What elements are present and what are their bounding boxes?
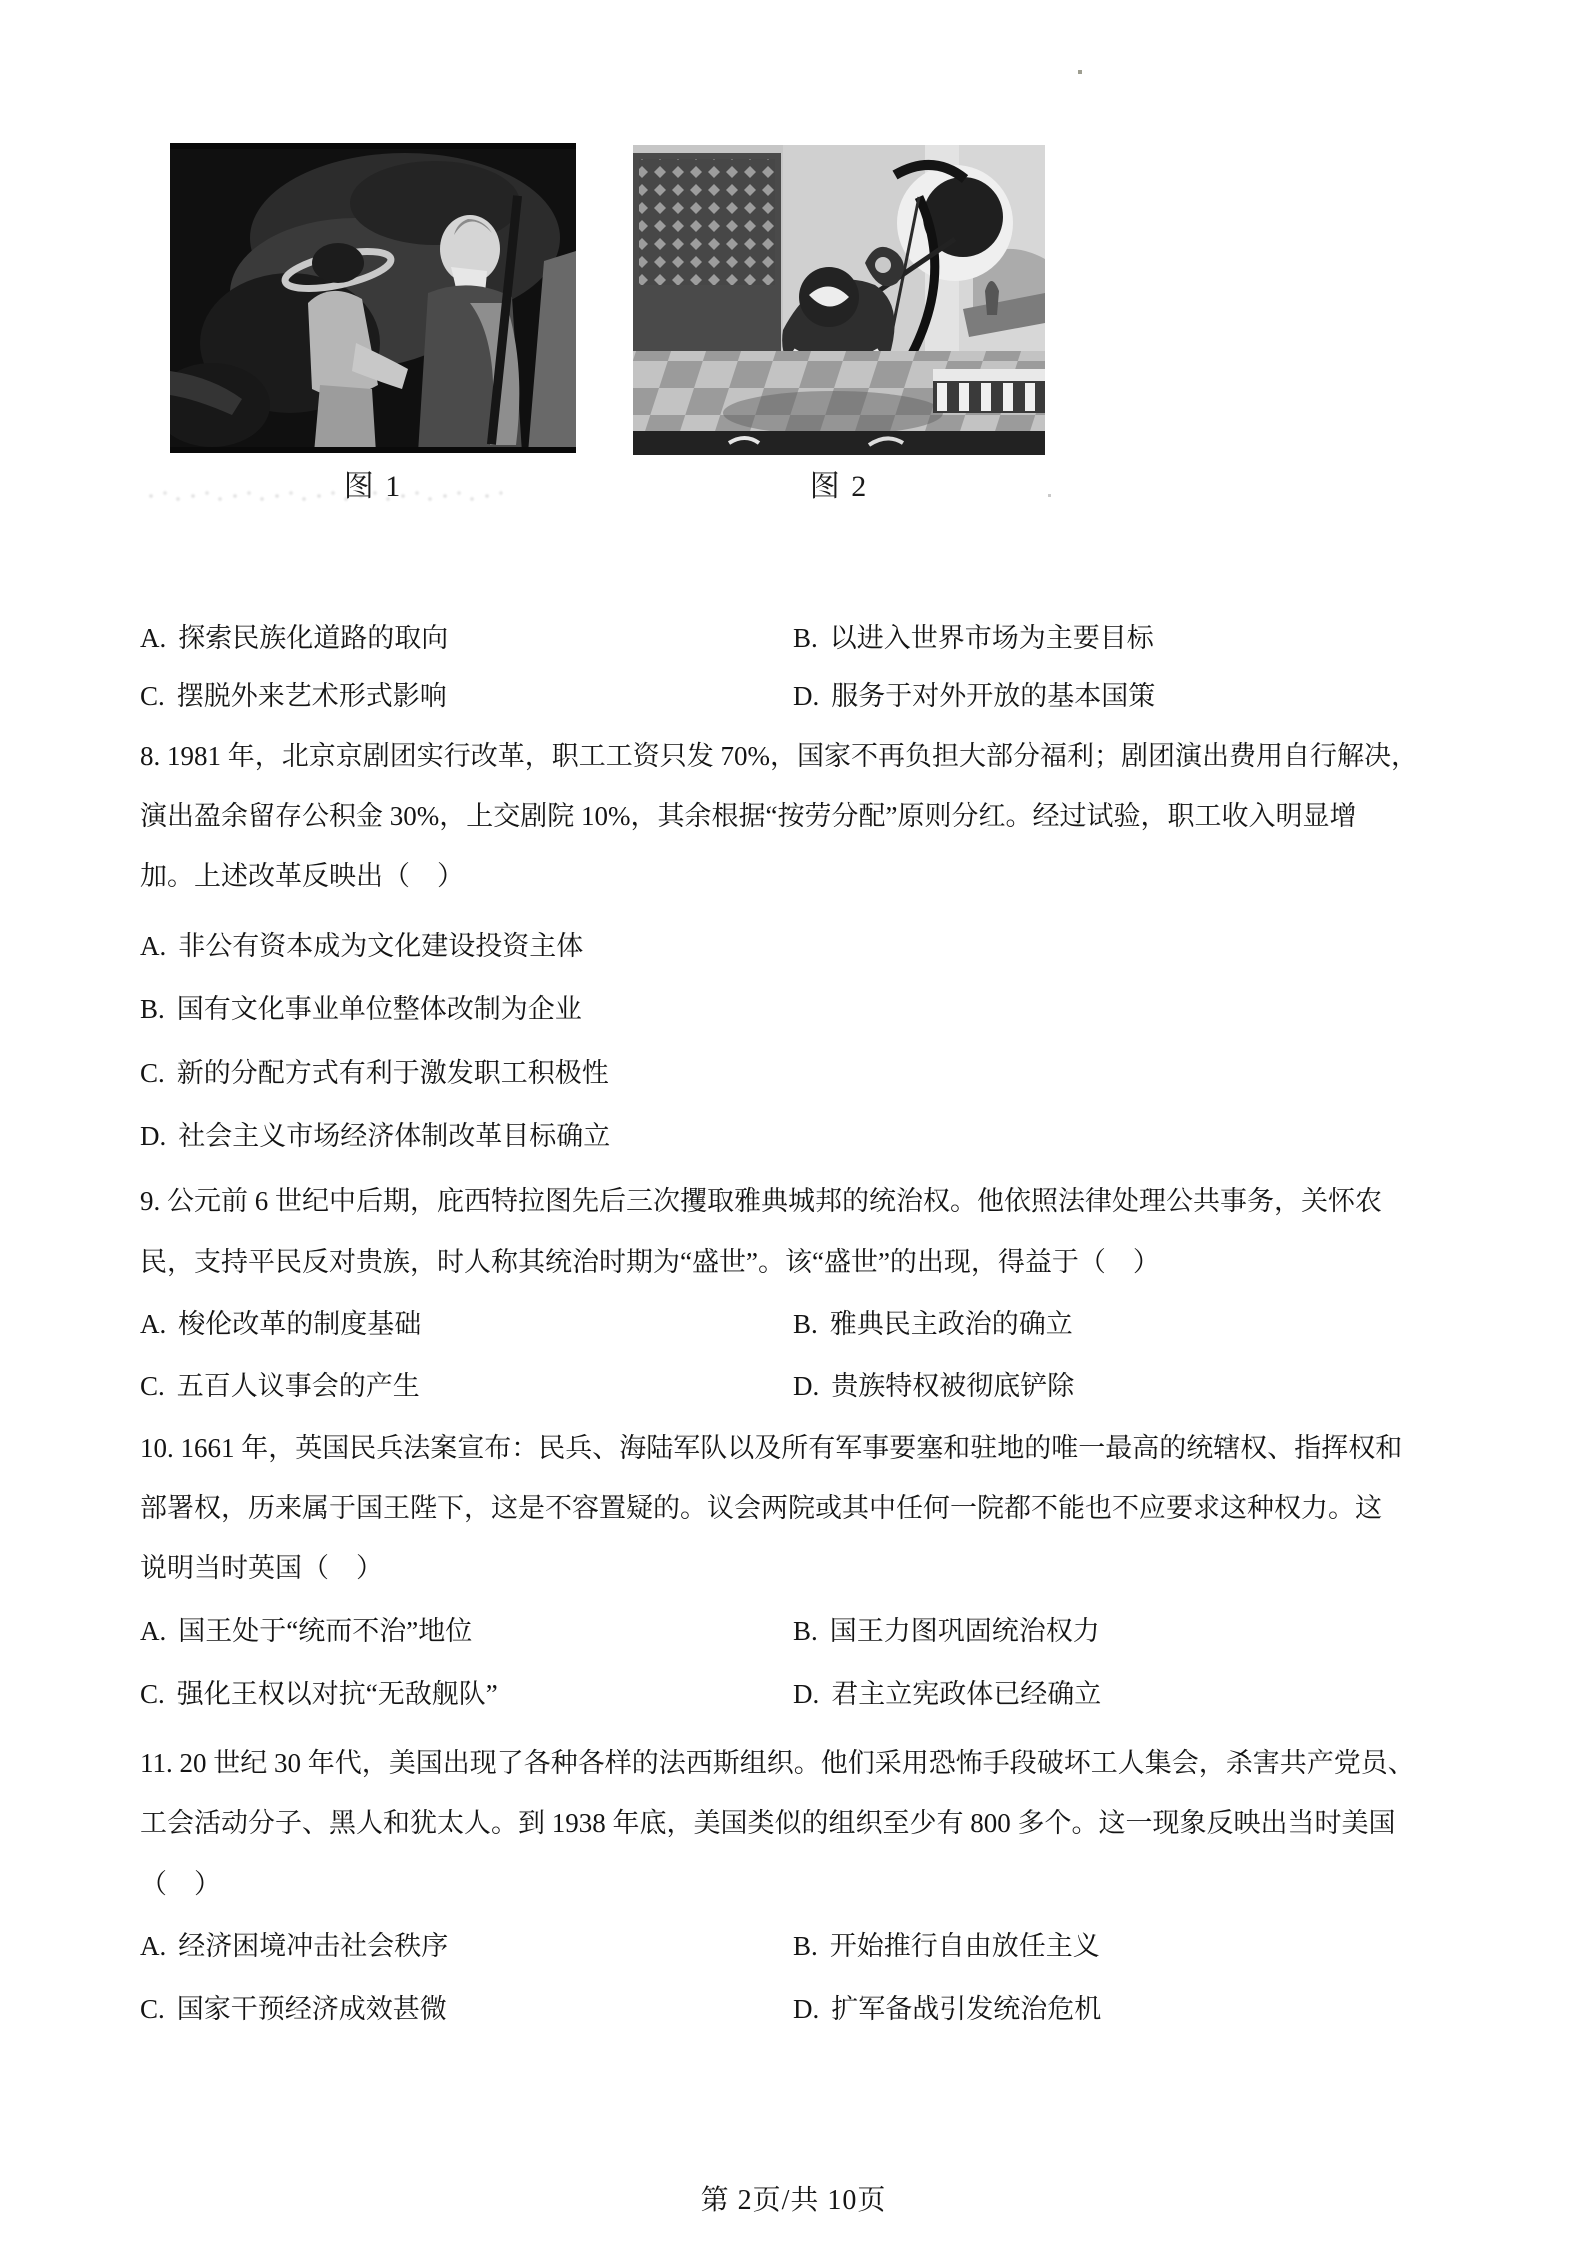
scan-artifact-dot — [1078, 70, 1082, 74]
q7-option-c-text: 摆脱外来艺术形式影响 — [177, 681, 447, 711]
q9-option-d-text: 贵族特权被彻底铲除 — [831, 1371, 1074, 1401]
q9-options-row-2: C.五百人议事会的产生 D.贵族特权被彻底铲除 — [140, 1368, 1456, 1404]
q8-stem-line-2: 演出盈余留存公积金 30%，上交剧院 10%，其余根据“按劳分配”原则分红。经过… — [140, 798, 1470, 834]
q10-option-c-text: 强化王权以对抗“无敌舰队” — [177, 1679, 498, 1709]
q10-options-row-1: A.国王处于“统而不治”地位 B.国王力图巩固统治权力 — [140, 1613, 1456, 1649]
q7-options-row-2: C.摆脱外来艺术形式影响 D.服务于对外开放的基本国策 — [140, 678, 1456, 714]
q8-option-d-label: D. — [140, 1121, 166, 1151]
figure-2-image — [633, 145, 1045, 455]
q7-option-b-text: 以进入世界市场为主要目标 — [830, 623, 1154, 653]
archer-animation-graphic — [633, 145, 1045, 455]
q7-options-row-1: A.探索民族化道路的取向 B.以进入世界市场为主要目标 — [140, 620, 1456, 656]
q8-option-d: D.社会主义市场经济体制改革目标确立 — [140, 1118, 1456, 1154]
q9-stem-line-1: 9. 公元前 6 世纪中后期，庇西特拉图先后三次攫取雅典城邦的统治权。他依照法律… — [140, 1183, 1470, 1219]
q7-option-d-label: D. — [793, 681, 819, 711]
q8-stem-line-3: 加。上述改革反映出（ ） — [140, 858, 1470, 894]
q11-option-d-text: 扩军备战引发统治危机 — [831, 1994, 1101, 2024]
q9-option-c-label: C. — [140, 1371, 165, 1401]
q11-stem-line-2: 工会活动分子、黑人和犹太人。到 1938 年底，美国类似的组织至少有 800 多… — [140, 1805, 1470, 1841]
q9-option-b-text: 雅典民主政治的确立 — [830, 1309, 1073, 1339]
q8-option-c-label: C. — [140, 1058, 165, 1088]
q11-option-d-label: D. — [793, 1994, 819, 2024]
q11-option-a-text: 经济困境冲击社会秩序 — [178, 1931, 448, 1961]
q8-option-a-text: 非公有资本成为文化建设投资主体 — [178, 931, 583, 961]
q9-option-a-text: 梭伦改革的制度基础 — [178, 1309, 421, 1339]
q9-option-b: B.雅典民主政治的确立 — [793, 1306, 1073, 1342]
q11-option-b-label: B. — [793, 1931, 818, 1961]
q11-option-b: B.开始推行自由放任主义 — [793, 1928, 1100, 1964]
exam-page: 图 1 图 2 A.探索民族化道路的取向 B.以进入世界市场为主要目标 C.摆脱… — [0, 0, 1587, 2245]
q10-option-a: A.国王处于“统而不治”地位 — [140, 1616, 472, 1646]
q7-option-c: C.摆脱外来艺术形式影响 — [140, 681, 447, 711]
opera-photo-graphic — [170, 143, 576, 453]
q11-stem-line-1: 11. 20 世纪 30 年代，美国出现了各种各样的法西斯组织。他们采用恐怖手段… — [140, 1745, 1470, 1781]
q9-option-a-label: A. — [140, 1309, 166, 1339]
q8-stem-line-1: 8. 1981 年，北京京剧团实行改革，职工工资只发 70%，国家不再负担大部分… — [140, 738, 1470, 774]
figure-2-caption: 图 2 — [633, 470, 1045, 504]
q8-option-d-text: 社会主义市场经济体制改革目标确立 — [178, 1121, 610, 1151]
q7-option-c-label: C. — [140, 681, 165, 711]
q7-option-b-label: B. — [793, 623, 818, 653]
q8-option-a-label: A. — [140, 931, 166, 961]
page-number: 第 2页/共 10页 — [0, 2178, 1587, 2218]
q11-option-c-label: C. — [140, 1994, 165, 2024]
q7-option-d-text: 服务于对外开放的基本国策 — [831, 681, 1155, 711]
q11-option-c: C.国家干预经济成效甚微 — [140, 1994, 447, 2024]
q10-stem-line-2: 部署权，历来属于国王陛下，这是不容置疑的。议会两院或其中任何一院都不能也不应要求… — [140, 1490, 1470, 1526]
q10-option-c: C.强化王权以对抗“无敌舰队” — [140, 1679, 498, 1709]
q10-option-d-text: 君主立宪政体已经确立 — [831, 1679, 1101, 1709]
q7-option-b: B.以进入世界市场为主要目标 — [793, 620, 1154, 656]
q11-option-b-text: 开始推行自由放任主义 — [830, 1931, 1100, 1961]
q9-option-d: D.贵族特权被彻底铲除 — [793, 1368, 1074, 1404]
q10-option-c-label: C. — [140, 1679, 165, 1709]
q9-options-row-1: A.梭伦改革的制度基础 B.雅典民主政治的确立 — [140, 1306, 1456, 1342]
q10-option-b: B.国王力图巩固统治权力 — [793, 1613, 1100, 1649]
q7-option-d: D.服务于对外开放的基本国策 — [793, 678, 1155, 714]
q11-options-row-1: A.经济困境冲击社会秩序 B.开始推行自由放任主义 — [140, 1928, 1456, 1964]
q11-option-c-text: 国家干预经济成效甚微 — [177, 1994, 447, 2024]
q7-option-a-text: 探索民族化道路的取向 — [178, 623, 448, 653]
q10-stem-line-1: 10. 1661 年，英国民兵法案宣布：民兵、海陆军队以及所有军事要塞和驻地的唯… — [140, 1430, 1470, 1466]
q11-option-a-label: A. — [140, 1931, 166, 1961]
q7-option-a: A.探索民族化道路的取向 — [140, 623, 448, 653]
q9-option-c: C.五百人议事会的产生 — [140, 1371, 420, 1401]
q10-options-row-2: C.强化王权以对抗“无敌舰队” D.君主立宪政体已经确立 — [140, 1676, 1456, 1712]
q8-option-b: B.国有文化事业单位整体改制为企业 — [140, 991, 1456, 1027]
q11-option-d: D.扩军备战引发统治危机 — [793, 1991, 1101, 2027]
q10-option-d: D.君主立宪政体已经确立 — [793, 1676, 1101, 1712]
q8-option-c-text: 新的分配方式有利于激发职工积极性 — [177, 1058, 609, 1088]
q11-stem-line-3: （ ） — [140, 1866, 1470, 1902]
q8-option-c: C.新的分配方式有利于激发职工积极性 — [140, 1055, 1456, 1091]
figure-1-image — [170, 143, 576, 453]
scan-artifact-dot-small — [1048, 494, 1051, 497]
q11-options-row-2: C.国家干预经济成效甚微 D.扩军备战引发统治危机 — [140, 1991, 1456, 2027]
q7-option-a-label: A. — [140, 623, 166, 653]
q8-option-b-text: 国有文化事业单位整体改制为企业 — [177, 994, 582, 1024]
q9-option-a: A.梭伦改革的制度基础 — [140, 1309, 421, 1339]
q9-option-c-text: 五百人议事会的产生 — [177, 1371, 420, 1401]
q8-option-b-label: B. — [140, 994, 165, 1024]
q10-option-d-label: D. — [793, 1679, 819, 1709]
q9-stem-line-2: 民，支持平民反对贵族，时人称其统治时期为“盛世”。该“盛世”的出现，得益于（ ） — [140, 1244, 1470, 1280]
q9-option-d-label: D. — [793, 1371, 819, 1401]
q10-option-b-label: B. — [793, 1616, 818, 1646]
q11-option-a: A.经济困境冲击社会秩序 — [140, 1931, 448, 1961]
q10-option-b-text: 国王力图巩固统治权力 — [830, 1616, 1100, 1646]
q10-stem-line-3: 说明当时英国（ ） — [140, 1550, 1470, 1586]
q8-option-a: A.非公有资本成为文化建设投资主体 — [140, 928, 1456, 964]
scan-artifact-smudge — [145, 488, 503, 504]
q9-option-b-label: B. — [793, 1309, 818, 1339]
q10-option-a-text: 国王处于“统而不治”地位 — [178, 1616, 472, 1646]
q10-option-a-label: A. — [140, 1616, 166, 1646]
